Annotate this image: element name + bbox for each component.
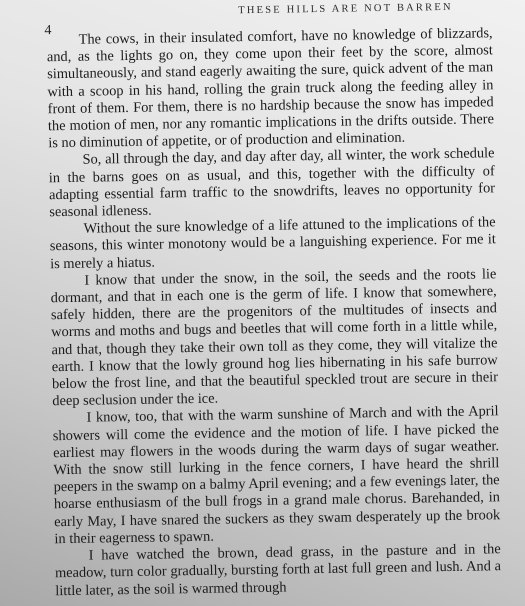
paragraph: I know that under the snow, in the soil,…	[50, 266, 498, 411]
paragraph: So, all through the day, and day after d…	[48, 146, 495, 222]
book-page: These Hills Are Not Barren 4 The cows, i…	[0, 0, 525, 606]
paragraph: The cows, in their insulated comfort, ha…	[47, 25, 495, 152]
paragraph: I have watched the brown, dead grass, in…	[55, 541, 502, 600]
body-text: The cows, in their insulated comfort, ha…	[47, 25, 502, 600]
paragraph: I know, too, that with the warm sunshine…	[52, 404, 500, 549]
paragraph: Without the sure knowledge of a life att…	[49, 214, 496, 273]
running-head: These Hills Are Not Barren	[238, 2, 453, 16]
